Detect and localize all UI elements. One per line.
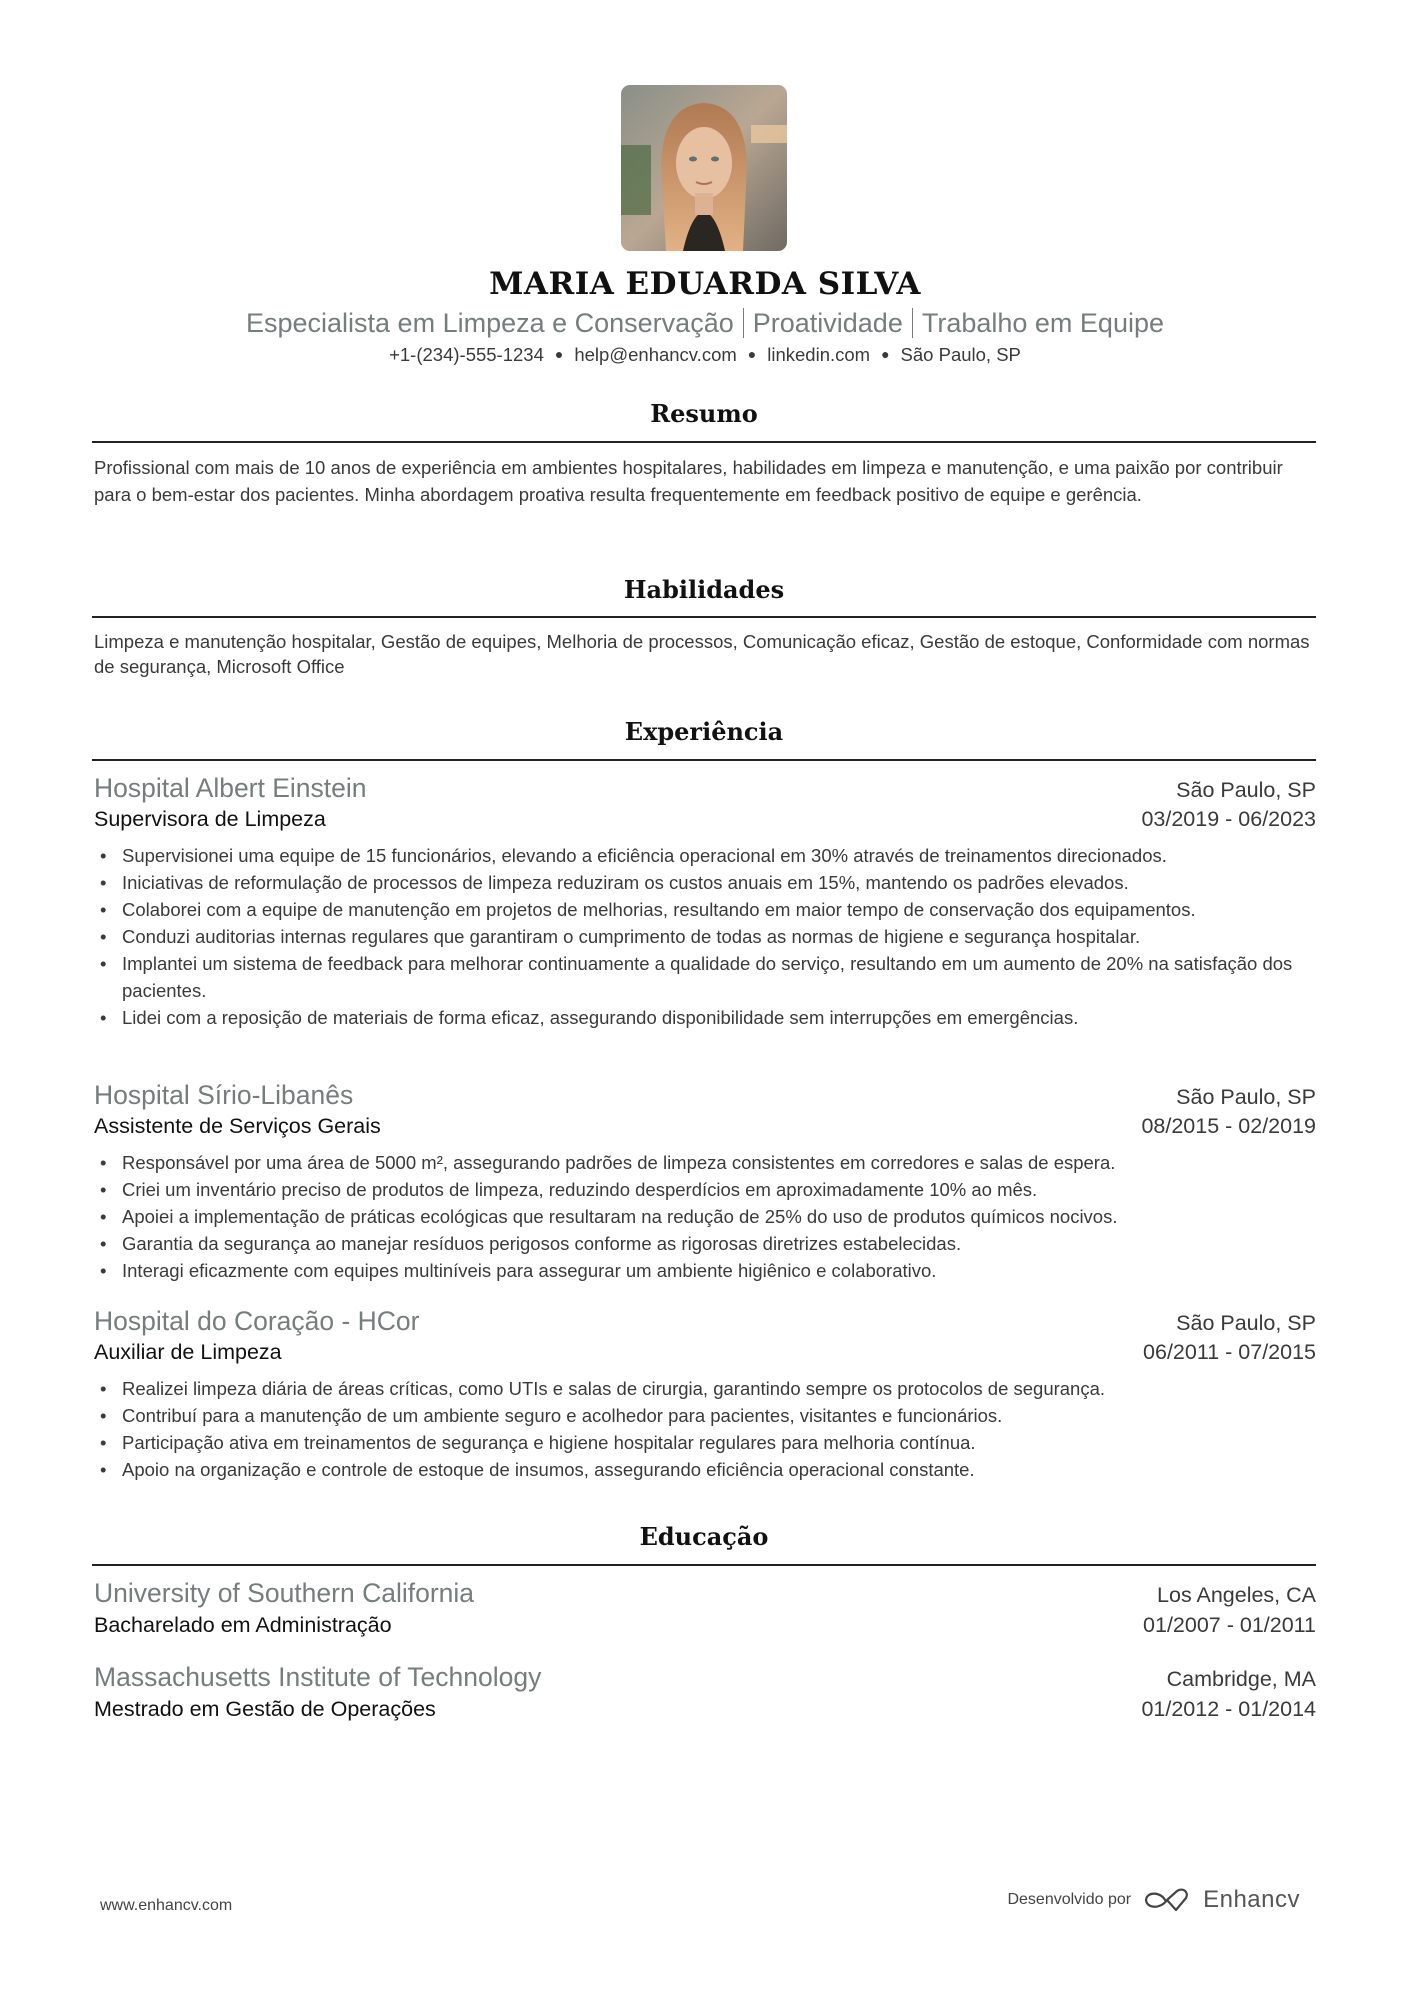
- education-dates: 01/2007 - 01/2011: [1143, 1613, 1316, 1638]
- job-dates: 03/2019 - 06/2023: [1141, 807, 1316, 832]
- email-link[interactable]: help@enhancv.com: [574, 344, 736, 365]
- bullet-item: Participação ativa em treinamentos de se…: [94, 1429, 1316, 1456]
- powered-by-label: Desenvolvido por: [1007, 1891, 1131, 1909]
- bullet-item: Iniciativas de reformulação de processos…: [94, 869, 1316, 896]
- section-title-education: Educação: [92, 1522, 1316, 1551]
- bullet-separator: ●: [881, 346, 889, 362]
- job-title: Assistente de Serviços Gerais: [94, 1114, 381, 1139]
- enhancv-logo-icon: [1143, 1887, 1191, 1913]
- bullet-item: Colaborei com a equipe de manutenção em …: [94, 896, 1316, 923]
- education-header: Massachusetts Institute of Technology Ca…: [94, 1662, 1316, 1693]
- degree: Mestrado em Gestão de Operações: [94, 1697, 436, 1722]
- headline-item: Trabalho em Equipe: [922, 308, 1164, 338]
- education-subheader: Mestrado em Gestão de Operações 01/2012 …: [94, 1697, 1316, 1722]
- job-location: São Paulo, SP: [1176, 778, 1316, 803]
- school-name: University of Southern California: [94, 1578, 474, 1609]
- section-divider: [92, 1564, 1316, 1566]
- divider: [743, 308, 744, 338]
- contact-info: +1-(234)-555-1234●help@enhancv.com●linke…: [0, 344, 1410, 366]
- footer-branding[interactable]: Desenvolvido por Enhancv: [1007, 1886, 1300, 1914]
- footer-website-link[interactable]: www.enhancv.com: [100, 1897, 232, 1915]
- bullet-item: Criei um inventário preciso de produtos …: [94, 1176, 1316, 1203]
- section-title-skills: Habilidades: [92, 575, 1316, 604]
- portrait-icon: [621, 85, 787, 251]
- experience-subheader: Supervisora de Limpeza 03/2019 - 06/2023: [94, 807, 1316, 832]
- profile-photo: [621, 85, 787, 251]
- experience-subheader: Auxiliar de Limpeza 06/2011 - 07/2015: [94, 1340, 1316, 1365]
- school-location: Cambridge, MA: [1167, 1667, 1316, 1692]
- bullet-separator: ●: [555, 346, 563, 362]
- experience-subheader: Assistente de Serviços Gerais 08/2015 - …: [94, 1114, 1316, 1139]
- job-bullets: Responsável por uma área de 5000 m², ass…: [94, 1149, 1316, 1284]
- bullet-separator: ●: [748, 346, 756, 362]
- bullet-item: Lidei com a reposição de materiais de fo…: [94, 1004, 1316, 1031]
- section-divider: [92, 441, 1316, 443]
- job-title: Auxiliar de Limpeza: [94, 1340, 282, 1365]
- bullet-item: Implantei um sistema de feedback para me…: [94, 950, 1316, 1004]
- degree: Bacharelado em Administração: [94, 1613, 392, 1638]
- candidate-name: MARIA EDUARDA SILVA: [0, 266, 1410, 302]
- summary-text: Profissional com mais de 10 anos de expe…: [94, 454, 1316, 508]
- job-location: São Paulo, SP: [1176, 1311, 1316, 1336]
- headline-item: Proatividade: [753, 308, 903, 338]
- bullet-item: Garantia da segurança ao manejar resíduo…: [94, 1230, 1316, 1257]
- section-title-summary: Resumo: [92, 399, 1316, 428]
- job-bullets: Realizei limpeza diária de áreas crítica…: [94, 1375, 1316, 1483]
- job-location: São Paulo, SP: [1176, 1085, 1316, 1110]
- section-divider: [92, 616, 1316, 618]
- bullet-item: Supervisionei uma equipe de 15 funcionár…: [94, 842, 1316, 869]
- company-name: Hospital do Coração - HCor: [94, 1306, 420, 1337]
- bullet-item: Apoiei a implementação de práticas ecoló…: [94, 1203, 1316, 1230]
- resume-page: MARIA EDUARDA SILVA Especialista em Limp…: [0, 0, 1410, 1995]
- bullet-item: Conduzi auditorias internas regulares qu…: [94, 923, 1316, 950]
- brand-name: Enhancv: [1203, 1886, 1300, 1914]
- school-name: Massachusetts Institute of Technology: [94, 1662, 541, 1693]
- company-name: Hospital Albert Einstein: [94, 773, 367, 804]
- school-location: Los Angeles, CA: [1157, 1583, 1316, 1608]
- phone: +1-(234)-555-1234: [389, 344, 544, 365]
- job-dates: 06/2011 - 07/2015: [1143, 1340, 1316, 1365]
- skills-text: Limpeza e manutenção hospitalar, Gestão …: [94, 630, 1316, 679]
- divider: [912, 308, 913, 338]
- bullet-item: Responsável por uma área de 5000 m², ass…: [94, 1149, 1316, 1176]
- experience-header: Hospital do Coração - HCor São Paulo, SP: [94, 1306, 1316, 1337]
- job-dates: 08/2015 - 02/2019: [1141, 1114, 1316, 1139]
- section-divider: [92, 759, 1316, 761]
- bullet-item: Apoio na organização e controle de estoq…: [94, 1456, 1316, 1483]
- experience-header: Hospital Albert Einstein São Paulo, SP: [94, 773, 1316, 804]
- linkedin-link[interactable]: linkedin.com: [767, 344, 870, 365]
- section-title-experience: Experiência: [92, 717, 1316, 746]
- job-bullets: Supervisionei uma equipe de 15 funcionár…: [94, 842, 1316, 1031]
- education-header: University of Southern California Los An…: [94, 1578, 1316, 1609]
- headline: Especialista em Limpeza e ConservaçãoPro…: [0, 308, 1410, 339]
- bullet-item: Realizei limpeza diária de áreas crítica…: [94, 1375, 1316, 1402]
- bullet-item: Contribuí para a manutenção de um ambien…: [94, 1402, 1316, 1429]
- location: São Paulo, SP: [901, 344, 1021, 365]
- education-dates: 01/2012 - 01/2014: [1141, 1697, 1316, 1722]
- experience-header: Hospital Sírio-Libanês São Paulo, SP: [94, 1080, 1316, 1111]
- education-subheader: Bacharelado em Administração 01/2007 - 0…: [94, 1613, 1316, 1638]
- bullet-item: Interagi eficazmente com equipes multiní…: [94, 1257, 1316, 1284]
- headline-item: Especialista em Limpeza e Conservação: [246, 308, 734, 338]
- job-title: Supervisora de Limpeza: [94, 807, 326, 832]
- company-name: Hospital Sírio-Libanês: [94, 1080, 353, 1111]
